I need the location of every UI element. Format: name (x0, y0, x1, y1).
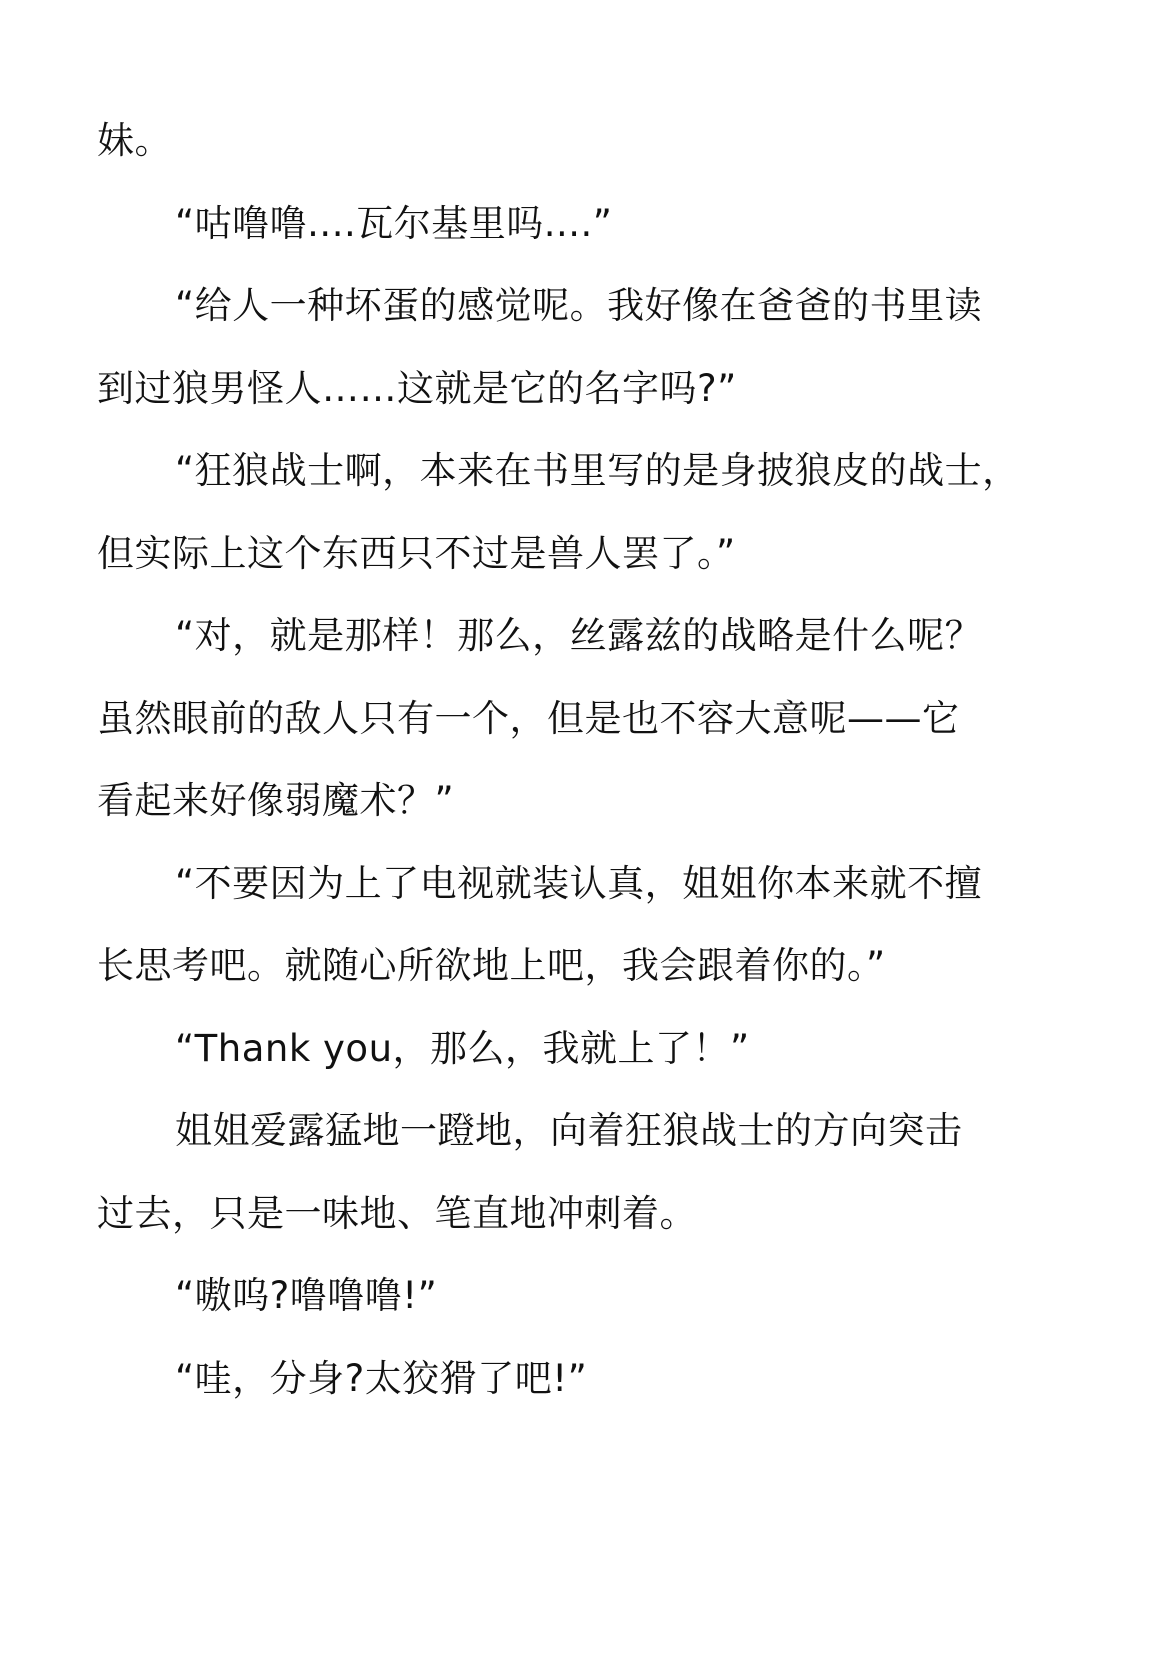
text-line: “咕噜噜....瓦尔基里吗....” (97, 183, 1037, 266)
text-line: “对，就是那样！那么，丝露兹的战略是什么呢？ (97, 595, 1037, 678)
text-line: 姐姐爱露猛地一蹬地，向着狂狼战士的方向突击 (97, 1090, 1037, 1173)
text-line: 长思考吧。就随心所欲地上吧，我会跟着你的。” (97, 925, 1037, 1008)
document-page: 妹。 “咕噜噜....瓦尔基里吗....” “给人一种坏蛋的感觉呢。我好像在爸爸… (97, 100, 1037, 1420)
text-line: “给人一种坏蛋的感觉呢。我好像在爸爸的书里读 (97, 265, 1037, 348)
text-line: “嗷呜?噜噜噜!” (97, 1255, 1037, 1338)
text-line: “不要因为上了电视就装认真，姐姐你本来就不擅 (97, 843, 1037, 926)
text-line: “哇，分身?太狡猾了吧!” (97, 1338, 1037, 1421)
text-line: 看起来好像弱魔术？” (97, 760, 1037, 843)
text-line: 过去，只是一味地、笔直地冲刺着。 (97, 1173, 1037, 1256)
text-line: 虽然眼前的敌人只有一个，但是也不容大意呢——它 (97, 678, 1037, 761)
text-line: “Thank you，那么，我就上了！” (97, 1008, 1037, 1091)
text-line: 但实际上这个东西只不过是兽人罢了。” (97, 513, 1037, 596)
text-line: 到过狼男怪人……这就是它的名字吗?” (97, 348, 1037, 431)
text-line: “狂狼战士啊，本来在书里写的是身披狼皮的战士， (97, 430, 1037, 513)
text-line: 妹。 (97, 100, 1037, 183)
